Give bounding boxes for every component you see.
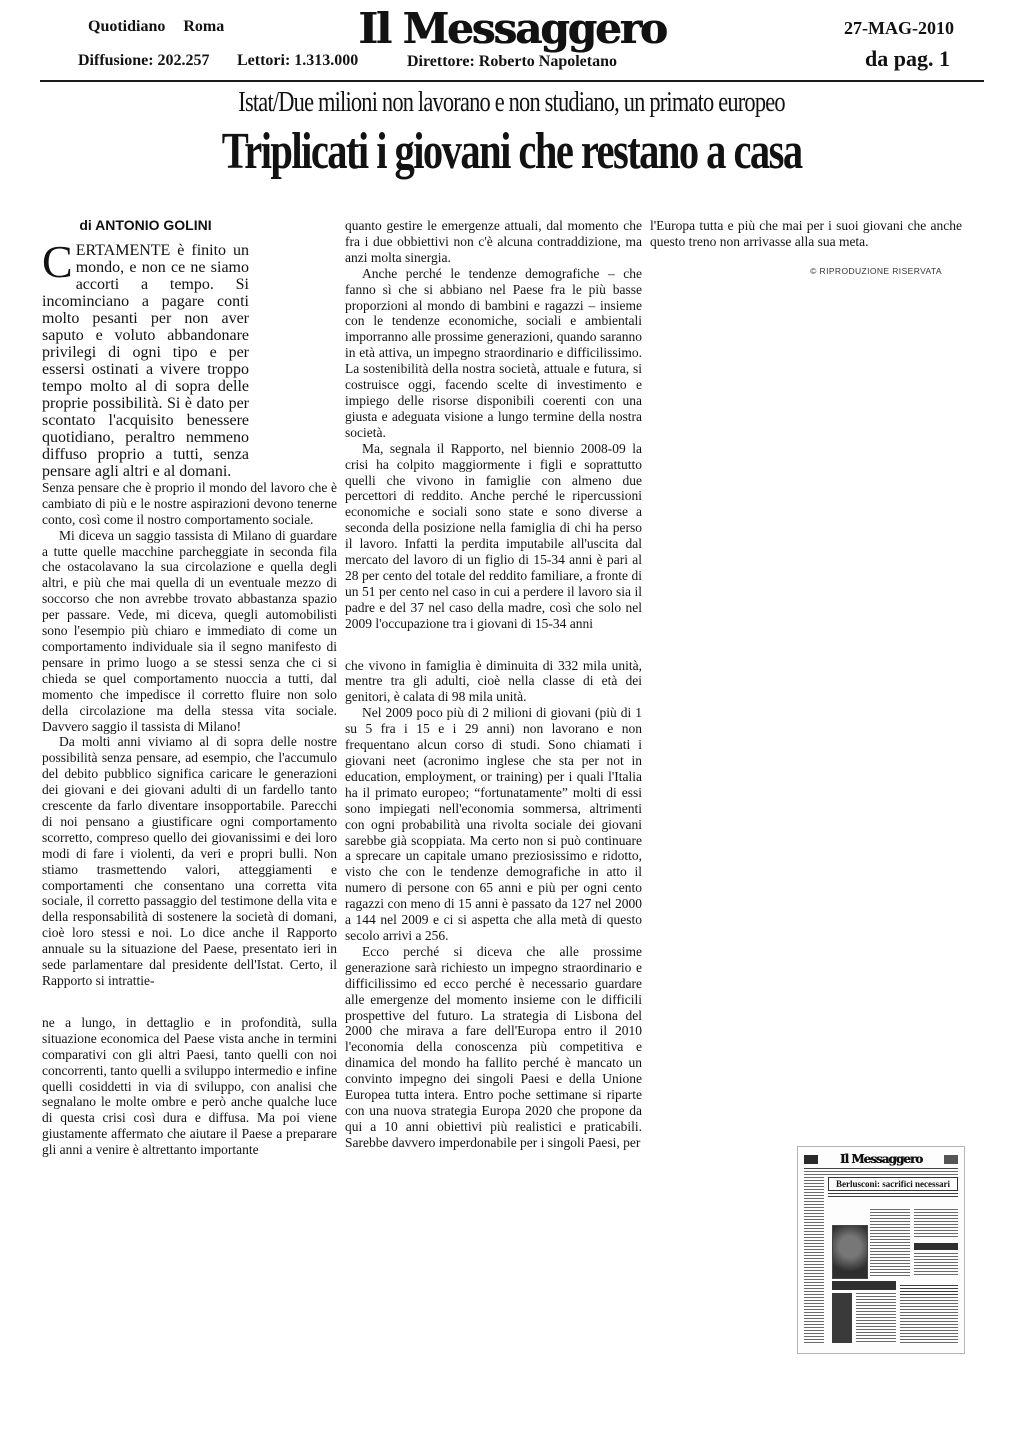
thumbnail-left-column xyxy=(804,1171,824,1343)
thumbnail-dark-photo-block xyxy=(832,1293,852,1343)
thumbnail-headline: Berlusconi: sacrifici necessari xyxy=(828,1177,958,1191)
copyright-notice: © RIPRODUZIONE RISERVATA xyxy=(650,264,962,280)
thumbnail-rule xyxy=(804,1168,958,1169)
thumbnail-weather-box-icon xyxy=(944,1155,958,1164)
thumbnail-photo xyxy=(832,1225,868,1279)
headline-title: Triplicati i giovani che restano a casa xyxy=(0,124,1024,180)
drop-cap: C xyxy=(42,242,76,280)
thumbnail-dark-banner xyxy=(832,1281,896,1290)
thumbnail-greeked-column xyxy=(914,1209,958,1239)
intro-paragraph: CERTAMENTE è finito un mondo, e non ce n… xyxy=(42,242,249,480)
paragraph: Mi diceva un saggio tassista di Milano d… xyxy=(42,528,337,735)
article-column-3: l'Europa tutta e più che mai per i suoi … xyxy=(650,218,962,288)
thumbnail-masthead: Il Messaggero xyxy=(840,1152,922,1166)
page-reference: da pag. 1 xyxy=(865,46,950,72)
paragraph: Da molti anni viviamo al di sopra delle … xyxy=(42,734,337,989)
paragraph: ne a lungo, in dettaglio e in profondità… xyxy=(42,1015,337,1158)
paragraph: che vivono in famiglia è diminuita di 33… xyxy=(345,658,642,706)
paragraph: Ecco perché si diceva che alle prossime … xyxy=(345,944,642,1151)
paragraph: Nel 2009 poco più di 2 milioni di giovan… xyxy=(345,705,642,944)
thumbnail-greeked-column xyxy=(856,1293,896,1343)
paragraph: Anche perché le tendenze demografiche – … xyxy=(345,266,642,441)
article-column-2: quanto gestire le emergenze attuali, dal… xyxy=(345,218,642,1151)
paragraph: Ma, segnala il Rapporto, nel biennio 200… xyxy=(345,441,642,632)
paragraph: quanto gestire le emergenze attuali, dal… xyxy=(345,218,642,266)
thumbnail-greeked-subhead xyxy=(828,1193,958,1198)
paragraph: l'Europa tutta e più che mai per i suoi … xyxy=(650,218,962,250)
thumbnail-greeked-column xyxy=(900,1297,958,1343)
thumbnail-greeked-column xyxy=(914,1253,958,1277)
header-divider xyxy=(40,80,984,82)
thumbnail-greeked-headline xyxy=(900,1285,958,1295)
front-page-thumbnail: Il Messaggero Berlusconi: sacrifici nece… xyxy=(797,1146,965,1354)
paragraph: Senza pensare che è proprio il mondo del… xyxy=(42,480,337,528)
thumbnail-boxed-headline xyxy=(914,1243,958,1250)
thumbnail-masthead-row: Il Messaggero xyxy=(804,1152,958,1166)
issue-date: 27-MAG-2010 xyxy=(844,18,954,39)
newspaper-clipping-page: QuotidianoRoma Diffusione: 202.257 Letto… xyxy=(0,0,1024,1448)
thumbnail-greeked-line xyxy=(804,1171,958,1175)
article-column-1: di ANTONIO GOLINI CERTAMENTE è finito un… xyxy=(42,218,337,1158)
headline-kicker: Istat/Due milioni non lavorano e non stu… xyxy=(0,88,1024,118)
byline: di ANTONIO GOLINI xyxy=(42,218,249,234)
thumbnail-logo-box-icon xyxy=(804,1155,818,1164)
thumbnail-greeked-column xyxy=(870,1209,910,1277)
